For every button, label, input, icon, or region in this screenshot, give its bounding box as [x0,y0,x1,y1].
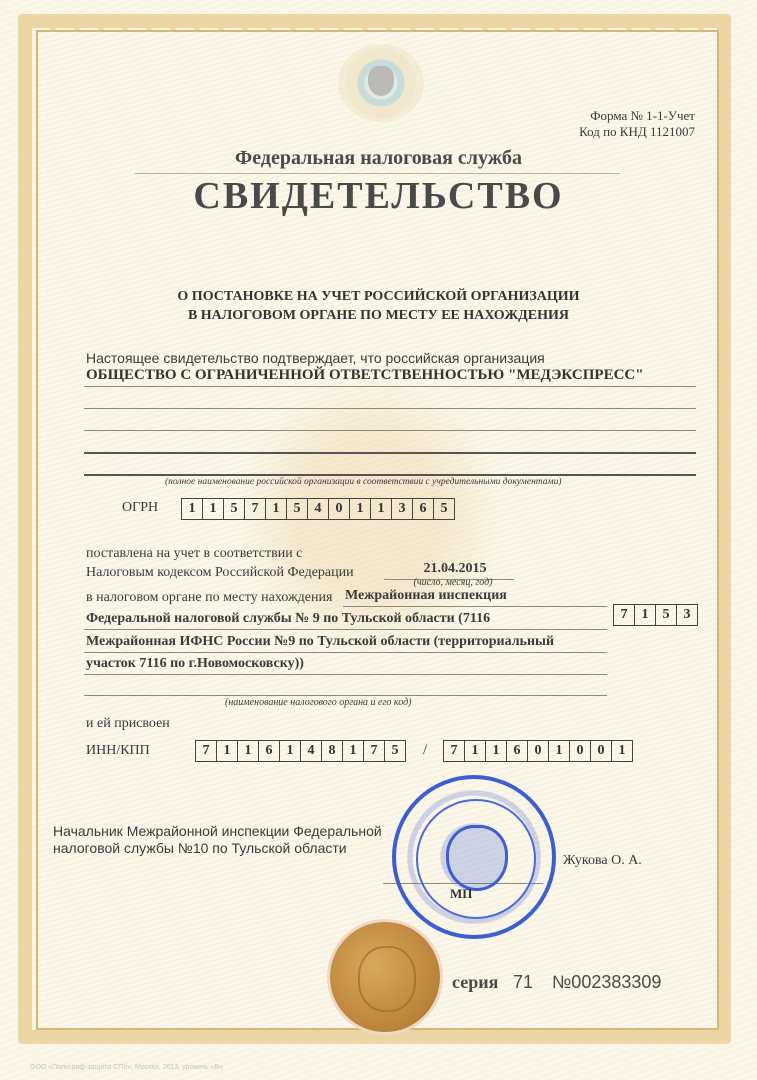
agency-name: Федеральная налоговая служба [0,147,757,170]
inn-digit: 1 [238,741,259,761]
assigned-label: и ей присвоен [86,716,170,732]
inn-digit: 7 [196,741,217,761]
inn-digit: 5 [385,741,405,761]
ogrn-label: ОГРН [122,500,158,516]
ogrn-digit: 1 [182,499,203,519]
ogrn-digit: 5 [434,499,454,519]
authority-line-3: Межрайонная ИФНС России №9 по Тульской о… [86,634,554,650]
name-line-5 [84,474,696,476]
ogrn-digit: 1 [371,499,392,519]
subtitle-line-2: В НАЛОГОВОМ ОРГАНЕ ПО МЕСТУ ЕЕ НАХОЖДЕНИ… [0,308,757,324]
ogrn-digit: 4 [308,499,329,519]
inn-digit: 6 [259,741,280,761]
authority-rule-2 [84,629,607,630]
registration-line-1: поставлена на учет в соответствии с [86,546,302,562]
series-value: 71 [513,972,533,993]
inn-kpp-label: ИНН/КПП [86,743,150,759]
authority-code-digits: 7153 [613,604,698,626]
authority-code-digit: 1 [635,605,656,625]
name-line-3 [84,430,696,431]
fns-emblem-icon [338,44,424,122]
organization-intro: Настоящее свидетельство подтверждает, чт… [86,350,545,366]
name-line-4 [84,452,696,454]
ogrn-digit: 0 [329,499,350,519]
kpp-digit: 1 [465,741,486,761]
signer-position-line-2: налоговой службы №10 по Тульской области [53,840,347,856]
kpp-digit: 7 [444,741,465,761]
inn-digit: 8 [322,741,343,761]
authority-line-2: Федеральной налоговой службы № 9 по Туль… [86,611,490,627]
subtitle-line-1: О ПОСТАНОВКЕ НА УЧЕТ РОССИЙСКОЙ ОРГАНИЗА… [0,289,757,305]
certificate-page: Форма № 1-1-Учет Код по КНД 1121007 Феде… [0,0,757,1080]
authority-rule-1 [343,606,607,607]
name-line-1 [84,386,696,387]
authority-code-digit: 3 [677,605,697,625]
authority-line-4: участок 7116 по г.Новомосковску)) [86,656,304,672]
kpp-digit: 1 [612,741,632,761]
gold-seal-icon [330,922,440,1032]
date-caption: (число, месяц, год) [398,577,508,588]
authority-line-1: Межрайонная инспекция [345,588,507,604]
ogrn-digit: 1 [350,499,371,519]
registration-line-2: Налоговым кодексом Российской Федерации [86,565,354,581]
authority-code-digit: 7 [614,605,635,625]
seal-eagle-icon [358,946,416,1012]
ogrn-digits: 1157154011365 [181,498,455,520]
inn-kpp-separator: / [423,742,427,759]
form-number: Форма № 1-1-Учет [590,108,695,124]
stamp-mark: МП [450,886,472,902]
ogrn-digit: 6 [413,499,434,519]
kpp-digit: 6 [507,741,528,761]
stamp-eagle-icon [446,825,508,891]
inn-digit: 1 [343,741,364,761]
authority-rule-5 [84,695,607,696]
inn-digits: 7116148175 [195,740,406,762]
kpp-digit: 0 [591,741,612,761]
authority-code-digit: 5 [656,605,677,625]
serial-number: №002383309 [552,972,661,993]
kpp-digit: 0 [570,741,591,761]
organization-name: ОБЩЕСТВО С ОГРАНИЧЕННОЙ ОТВЕТСТВЕННОСТЬЮ… [86,367,644,384]
signer-position-line-1: Начальник Межрайонной инспекции Федераль… [53,823,382,839]
kpp-digit: 1 [549,741,570,761]
document-title: СВИДЕТЕЛЬСТВО [0,174,757,218]
inn-digit: 7 [364,741,385,761]
registration-date: 21.04.2015 [400,561,510,577]
ogrn-digit: 1 [266,499,287,519]
printer-imprint: ООО «Полиграф-защита СПб», Москва, 2013,… [30,1064,223,1071]
signer-name: Жукова О. А. [563,853,642,869]
authority-intro: в налоговом органе по месту нахождения [86,590,332,606]
ogrn-digit: 1 [203,499,224,519]
inn-digit: 1 [217,741,238,761]
ogrn-digit: 7 [245,499,266,519]
kpp-digit: 0 [528,741,549,761]
eagle-icon [368,66,394,96]
authority-rule-4 [84,674,607,675]
kpp-digits: 711601001 [443,740,633,762]
name-line-2 [84,408,696,409]
organization-name-caption: (полное наименование российской организа… [165,477,561,487]
ogrn-digit: 3 [392,499,413,519]
ogrn-digit: 5 [287,499,308,519]
inn-digit: 1 [280,741,301,761]
authority-rule-3 [84,652,607,653]
series-label: серия [452,972,498,993]
ogrn-digit: 5 [224,499,245,519]
authority-caption: (наименование налогового органа и его ко… [225,697,411,708]
kpp-digit: 1 [486,741,507,761]
knd-code: Код по КНД 1121007 [579,124,695,140]
inn-digit: 4 [301,741,322,761]
official-stamp-icon [392,775,556,939]
